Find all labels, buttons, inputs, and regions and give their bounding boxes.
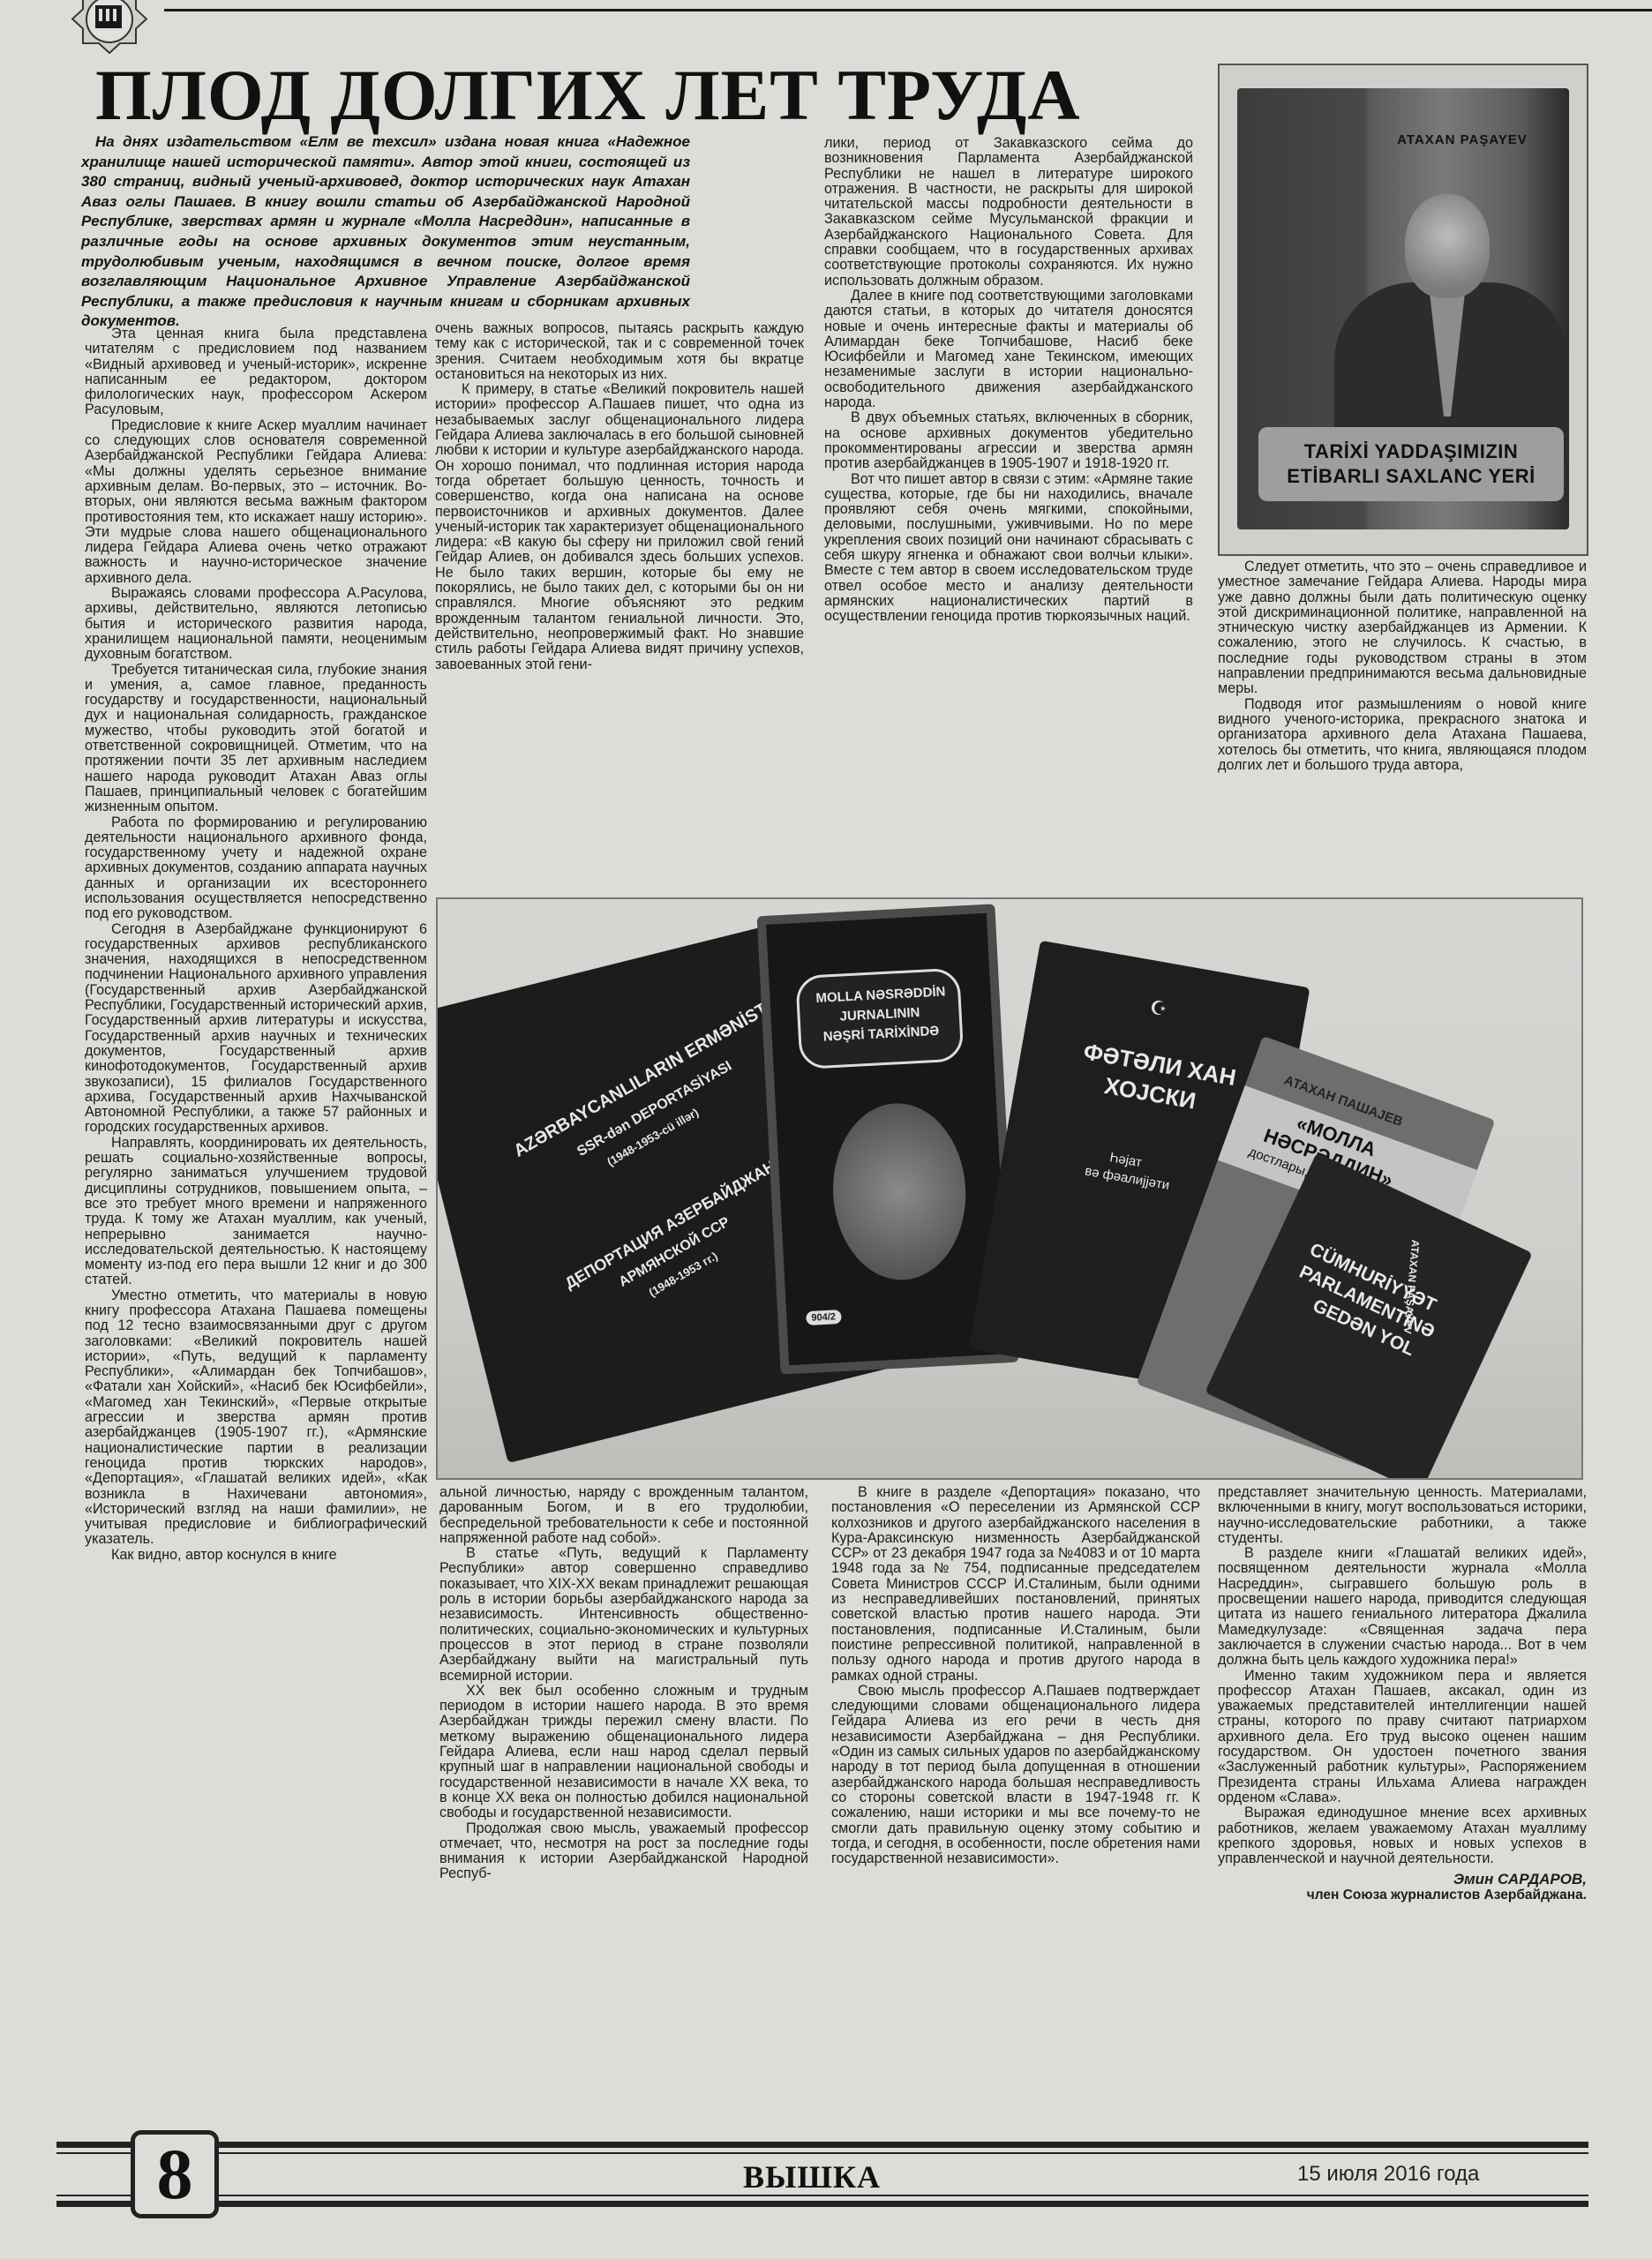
header-rule [164, 9, 1652, 11]
paragraph: Далее в книге под соответствующими загол… [824, 289, 1193, 410]
paragraph: Эта ценная книга была представлена читат… [85, 326, 427, 418]
paragraph: очень важных вопросов, пытаясь раскрыть … [435, 321, 804, 382]
paragraph: К примеру, в статье «Великий покровитель… [435, 382, 804, 672]
paragraph: Именно таким художником пера и является … [1218, 1669, 1587, 1806]
newspaper-name: ВЫШКА [706, 2158, 918, 2195]
article-column-2-top: очень важных вопросов, пытаясь раскрыть … [435, 321, 804, 672]
article-column-3-top: лики, период от Закавказского сейма до в… [824, 136, 1193, 625]
article-column-1: Эта ценная книга была представлена читат… [85, 326, 427, 1563]
book2-library-label: 904/2 [806, 1310, 841, 1325]
paragraph: Следует отметить, что это – очень справе… [1218, 559, 1587, 697]
paragraph: В разделе книги «Глашатай великих идей»,… [1218, 1546, 1587, 1668]
paragraph: Требуется титаническая сила, глубокие зн… [85, 663, 427, 815]
article-column-3-bottom: В книге в разделе «Депортация» показано,… [831, 1485, 1200, 1866]
issue-date: 15 июля 2016 года [1297, 2162, 1562, 2187]
paragraph: Вот что пишет автор в связи с этим: «Арм… [824, 472, 1193, 625]
byline-title: член Союза журналистов Азербайджана. [1218, 1888, 1587, 1903]
paragraph: В книге в разделе «Депортация» показано,… [831, 1485, 1200, 1684]
paragraph: Работа по формированию и регулированию д… [85, 815, 427, 922]
book2-illustration [829, 1100, 970, 1284]
byline-author: Эмин САРДАРОВ, [1218, 1872, 1587, 1887]
page-number: 8 [131, 2130, 219, 2218]
crescent-star-icon: ☪ [1148, 995, 1169, 1021]
paragraph: лики, период от Закавказского сейма до в… [824, 136, 1193, 289]
books-photo: AZƏRBAYCANLILARIN ERMƏNİSTAN SSR-dən DEP… [436, 897, 1583, 1480]
paragraph: Продолжая свою мысль, уважаемый профессо… [439, 1821, 808, 1882]
paragraph: Как видно, автор коснулся в книге [85, 1548, 427, 1563]
paragraph: Сегодня в Азербайджане функционируют 6 г… [85, 922, 427, 1136]
paragraph: Выражаясь словами профессора А.Расулова,… [85, 586, 427, 662]
cover-title-line1: TARİXİ YADDAŞIMIZIN [1304, 439, 1519, 464]
portrait-head [1405, 194, 1490, 298]
article-headline: ПЛОД ДОЛГИХ ЛЕТ ТРУДА [95, 55, 1181, 136]
book3-subtitle-1: Һəјат [1108, 1150, 1143, 1170]
paragraph: Предисловие к книге Аскер муаллим начина… [85, 418, 427, 586]
paragraph: Уместно отметить, что материалы в новую … [85, 1288, 427, 1548]
article-lead: На днях издательством «Елм ве техсил» из… [81, 132, 690, 332]
footer-rule [56, 2201, 1588, 2207]
paragraph: Свою мысль профессор А.Пашаев подтвержда… [831, 1684, 1200, 1867]
cover-author: ATAXAN PAŞAYEV [1370, 132, 1555, 147]
article-column-2-bottom: альной личностью, наряду с врожденным та… [439, 1485, 808, 1882]
cover-title-line2: ETİBARLI SAXLANC YERİ [1287, 464, 1535, 489]
paragraph: XX век был особенно сложным и трудным пе… [439, 1684, 808, 1821]
paragraph: Подводя итог размышлениям о новой книге … [1218, 697, 1587, 773]
paragraph: Выражая единодушное мнение всех архивных… [1218, 1805, 1587, 1866]
paragraph: представляет значительную ценность. Мате… [1218, 1485, 1587, 1546]
cover-title-banner: TARİXİ YADDAŞIMIZIN ETİBARLI SAXLANC YER… [1258, 427, 1564, 501]
paragraph: Направлять, координировать их деятельнос… [85, 1136, 427, 1288]
footer-rule [56, 2152, 1588, 2154]
book-cover-photo: ATAXAN PAŞAYEV TARİXİ YADDAŞIMIZIN ETİBA… [1218, 64, 1588, 556]
paragraph: В статье «Путь, ведущий к Парламенту Рес… [439, 1546, 808, 1684]
book-cover: ATAXAN PAŞAYEV TARİXİ YADDAŞIMIZIN ETİBA… [1237, 88, 1569, 529]
footer-rule [56, 2142, 1588, 2148]
article-column-4-top: Следует отметить, что это – очень справе… [1218, 559, 1587, 773]
paragraph: альной личностью, наряду с врожденным та… [439, 1485, 808, 1546]
newspaper-emblem [69, 0, 150, 56]
article-column-4-bottom: представляет значительную ценность. Мате… [1218, 1485, 1587, 1903]
paragraph: В двух объемных статьях, включенных в сб… [824, 410, 1193, 471]
